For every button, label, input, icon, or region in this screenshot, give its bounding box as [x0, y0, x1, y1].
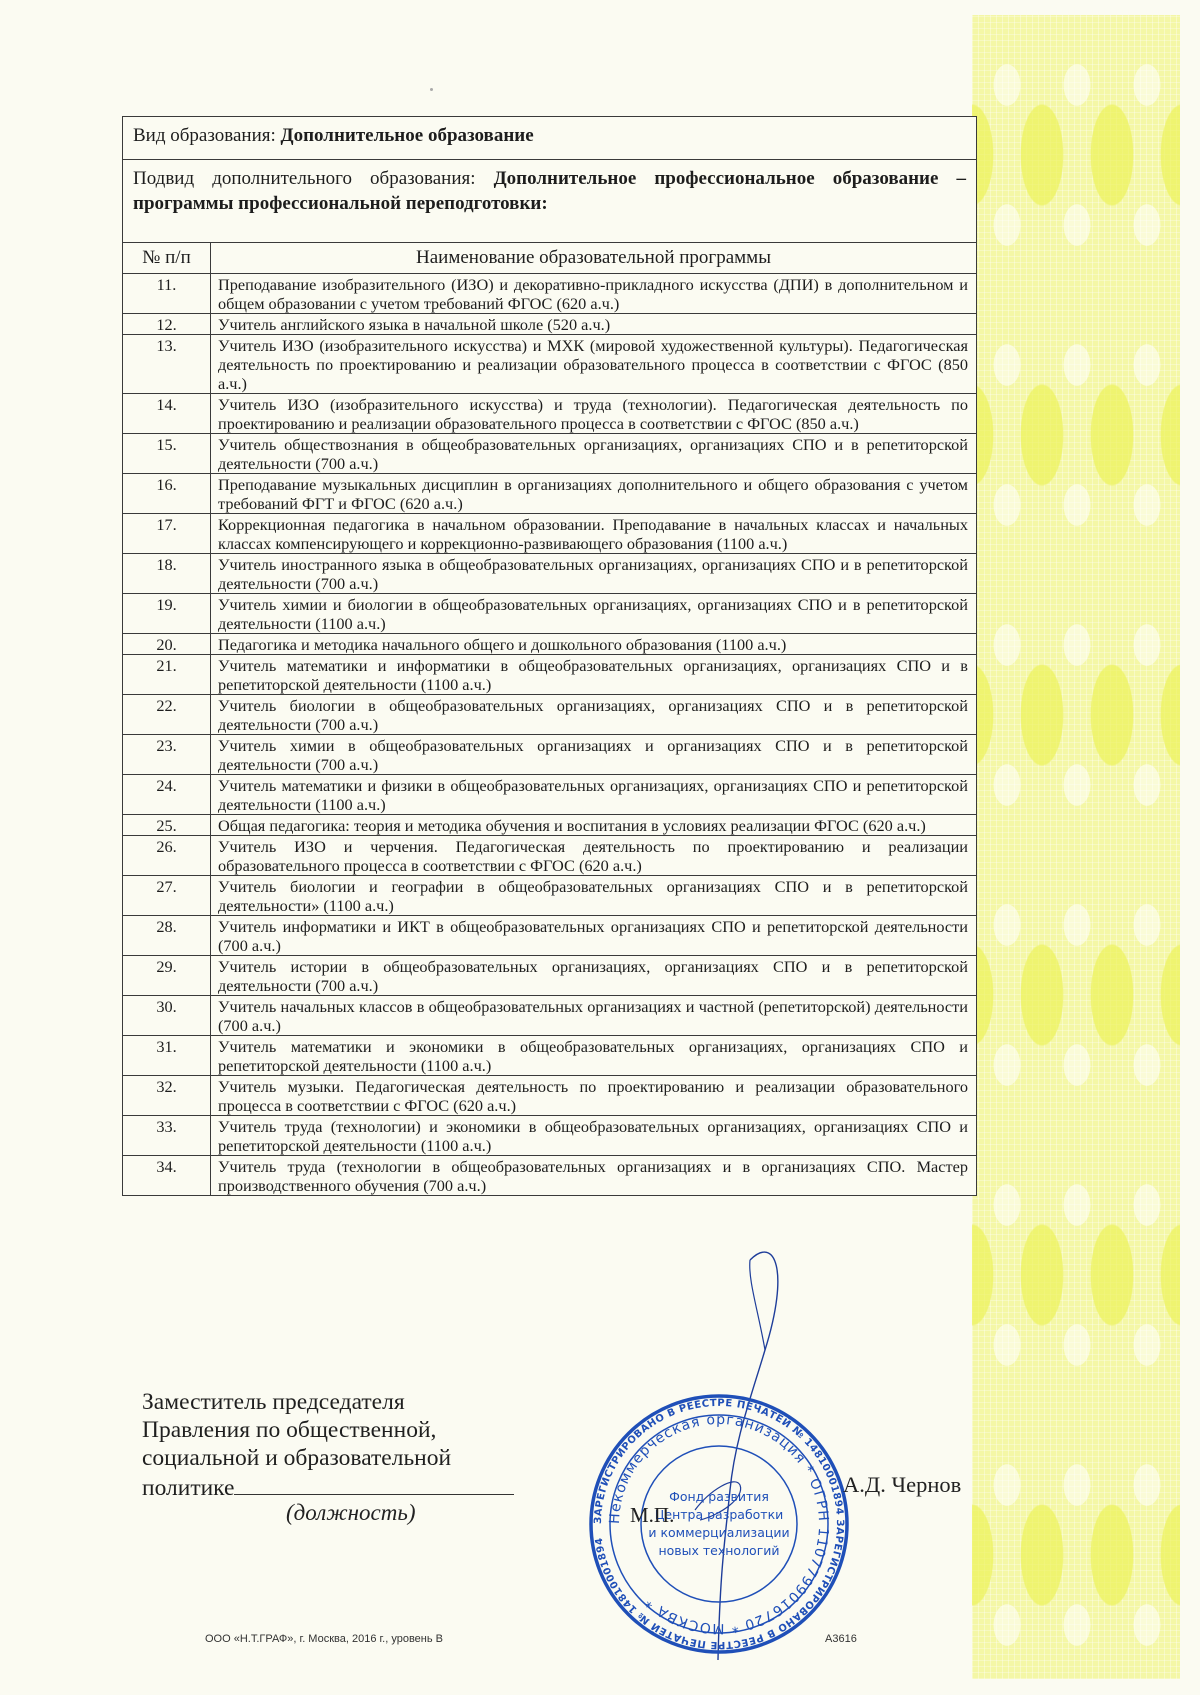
- table-body: 11.Преподавание изобразительного (ИЗО) и…: [123, 274, 977, 1196]
- program-name: Учитель английского языка в начальной шк…: [211, 314, 977, 335]
- table-row: 23.Учитель химии в общеобразовательных о…: [123, 735, 977, 775]
- table-row: 15.Учитель обществознания в общеобразова…: [123, 434, 977, 474]
- education-type-cell: Вид образования: Дополнительное образова…: [123, 117, 977, 160]
- program-name: Учитель истории в общеобразовательных ор…: [211, 956, 977, 996]
- table-row: 22.Учитель биологии в общеобразовательны…: [123, 695, 977, 735]
- row-number: 16.: [123, 474, 211, 514]
- table-row: 32.Учитель музыки. Педагогическая деятел…: [123, 1076, 977, 1116]
- table-header-row: № п/п Наименование образовательной прогр…: [123, 243, 977, 274]
- program-name: Учитель труда (технологии в общеобразова…: [211, 1156, 977, 1196]
- program-name: Учитель иностранного языка в общеобразов…: [211, 554, 977, 594]
- row-number: 20.: [123, 634, 211, 655]
- row-number: 17.: [123, 514, 211, 554]
- program-name: Учитель математики и экономики в общеобр…: [211, 1036, 977, 1076]
- program-name: Преподавание музыкальных дисциплин в орг…: [211, 474, 977, 514]
- row-number: 15.: [123, 434, 211, 474]
- program-name: Учитель биологии и географии в общеобраз…: [211, 876, 977, 916]
- row-number: 27.: [123, 876, 211, 916]
- table-row: 17.Коррекционная педагогика в начальном …: [123, 514, 977, 554]
- row-number: 34.: [123, 1156, 211, 1196]
- position-line-4-text: политике: [142, 1475, 234, 1501]
- position-line-4: политике: [142, 1472, 514, 1502]
- programs-table: Вид образования: Дополнительное образова…: [122, 116, 977, 1196]
- column-header-number: № п/п: [123, 243, 211, 274]
- position-line-3: социальной и образовательной: [142, 1444, 514, 1472]
- footer-form-code: А3616: [825, 1633, 857, 1645]
- table-row: 30.Учитель начальных классов в общеобраз…: [123, 996, 977, 1036]
- education-subtype-row: Подвид дополнительного образования: Допо…: [123, 160, 977, 243]
- row-number: 21.: [123, 655, 211, 695]
- program-name: Преподавание изобразительного (ИЗО) и де…: [211, 274, 977, 314]
- program-name: Общая педагогика: теория и методика обуч…: [211, 815, 977, 836]
- signatory-position: Заместитель председателя Правления по об…: [142, 1388, 514, 1502]
- table-row: 28.Учитель информатики и ИКТ в общеобраз…: [123, 916, 977, 956]
- education-type-label: Вид образования:: [133, 125, 281, 146]
- scan-speck: [430, 88, 433, 91]
- position-line-2: Правления по общественной,: [142, 1416, 514, 1444]
- program-name: Коррекционная педагогика в начальном обр…: [211, 514, 977, 554]
- row-number: 30.: [123, 996, 211, 1036]
- stamp-center-line-1: Фонд развития: [669, 1489, 769, 1504]
- table-row: 33.Учитель труда (технологии) и экономик…: [123, 1116, 977, 1156]
- row-number: 23.: [123, 735, 211, 775]
- table-row: 18.Учитель иностранного языка в общеобра…: [123, 554, 977, 594]
- program-name: Учитель ИЗО и черчения. Педагогическая д…: [211, 836, 977, 876]
- education-subtype-label: Подвид дополнительного образования:: [133, 168, 494, 189]
- security-pattern-band: [972, 15, 1180, 1679]
- row-number: 32.: [123, 1076, 211, 1116]
- position-caption: (должность): [286, 1500, 416, 1526]
- table-row: 21.Учитель математики и информатики в об…: [123, 655, 977, 695]
- program-name: Учитель информатики и ИКТ в общеобразова…: [211, 916, 977, 956]
- row-number: 24.: [123, 775, 211, 815]
- program-name: Учитель труда (технологии) и экономики в…: [211, 1116, 977, 1156]
- stamp-center-line-4: новых технологий: [658, 1543, 779, 1558]
- program-name: Учитель математики и физики в общеобразо…: [211, 775, 977, 815]
- program-name: Учитель биологии в общеобразовательных о…: [211, 695, 977, 735]
- footer-printer-info: ООО «Н.Т.ГРАФ», г. Москва, 2016 г., уров…: [205, 1633, 443, 1645]
- table-row: 26.Учитель ИЗО и черчения. Педагогическа…: [123, 836, 977, 876]
- row-number: 22.: [123, 695, 211, 735]
- row-number: 14.: [123, 394, 211, 434]
- education-subtype-cell: Подвид дополнительного образования: Допо…: [123, 160, 977, 243]
- education-type-value: Дополнительное образование: [281, 125, 534, 146]
- row-number: 12.: [123, 314, 211, 335]
- table-row: 12.Учитель английского языка в начальной…: [123, 314, 977, 335]
- table-row: 31.Учитель математики и экономики в обще…: [123, 1036, 977, 1076]
- row-number: 25.: [123, 815, 211, 836]
- program-name: Учитель музыки. Педагогическая деятельно…: [211, 1076, 977, 1116]
- table-row: 14.Учитель ИЗО (изобразительного искусст…: [123, 394, 977, 434]
- row-number: 26.: [123, 836, 211, 876]
- row-number: 13.: [123, 335, 211, 394]
- program-name: Педагогика и методика начального общего …: [211, 634, 977, 655]
- table-row: 27.Учитель биологии и географии в общеоб…: [123, 876, 977, 916]
- program-name: Учитель начальных классов в общеобразова…: [211, 996, 977, 1036]
- program-name: Учитель химии в общеобразовательных орга…: [211, 735, 977, 775]
- program-name: Учитель ИЗО (изобразительного искусства)…: [211, 394, 977, 434]
- program-name: Учитель обществознания в общеобразовател…: [211, 434, 977, 474]
- row-number: 28.: [123, 916, 211, 956]
- row-number: 31.: [123, 1036, 211, 1076]
- program-name: Учитель ИЗО (изобразительного искусства)…: [211, 335, 977, 394]
- table-row: 20.Педагогика и методика начального обще…: [123, 634, 977, 655]
- table-row: 25.Общая педагогика: теория и методика о…: [123, 815, 977, 836]
- program-name: Учитель математики и информатики в общео…: [211, 655, 977, 695]
- table-row: 16.Преподавание музыкальных дисциплин в …: [123, 474, 977, 514]
- table-row: 34.Учитель труда (технологии в общеобраз…: [123, 1156, 977, 1196]
- organization-stamp: ЗАРЕГИСТРИРОВАНО В РЕЕСТРЕ ПЕЧАТЕЙ № 148…: [588, 1393, 850, 1655]
- column-header-name: Наименование образовательной программы: [211, 243, 977, 274]
- signature-underline: [234, 1472, 514, 1495]
- table-row: 13.Учитель ИЗО (изобразительного искусст…: [123, 335, 977, 394]
- table-row: 29.Учитель истории в общеобразовательных…: [123, 956, 977, 996]
- row-number: 11.: [123, 274, 211, 314]
- signer-name: А.Д. Чернов: [843, 1472, 961, 1498]
- stamp-place-mark: М.П.: [630, 1503, 674, 1528]
- table-row: 11.Преподавание изобразительного (ИЗО) и…: [123, 274, 977, 314]
- row-number: 19.: [123, 594, 211, 634]
- table-row: 19.Учитель химии и биологии в общеобразо…: [123, 594, 977, 634]
- education-type-row: Вид образования: Дополнительное образова…: [123, 117, 977, 160]
- table-row: 24.Учитель математики и физики в общеобр…: [123, 775, 977, 815]
- row-number: 29.: [123, 956, 211, 996]
- row-number: 33.: [123, 1116, 211, 1156]
- position-line-1: Заместитель председателя: [142, 1388, 514, 1416]
- program-name: Учитель химии и биологии в общеобразоват…: [211, 594, 977, 634]
- row-number: 18.: [123, 554, 211, 594]
